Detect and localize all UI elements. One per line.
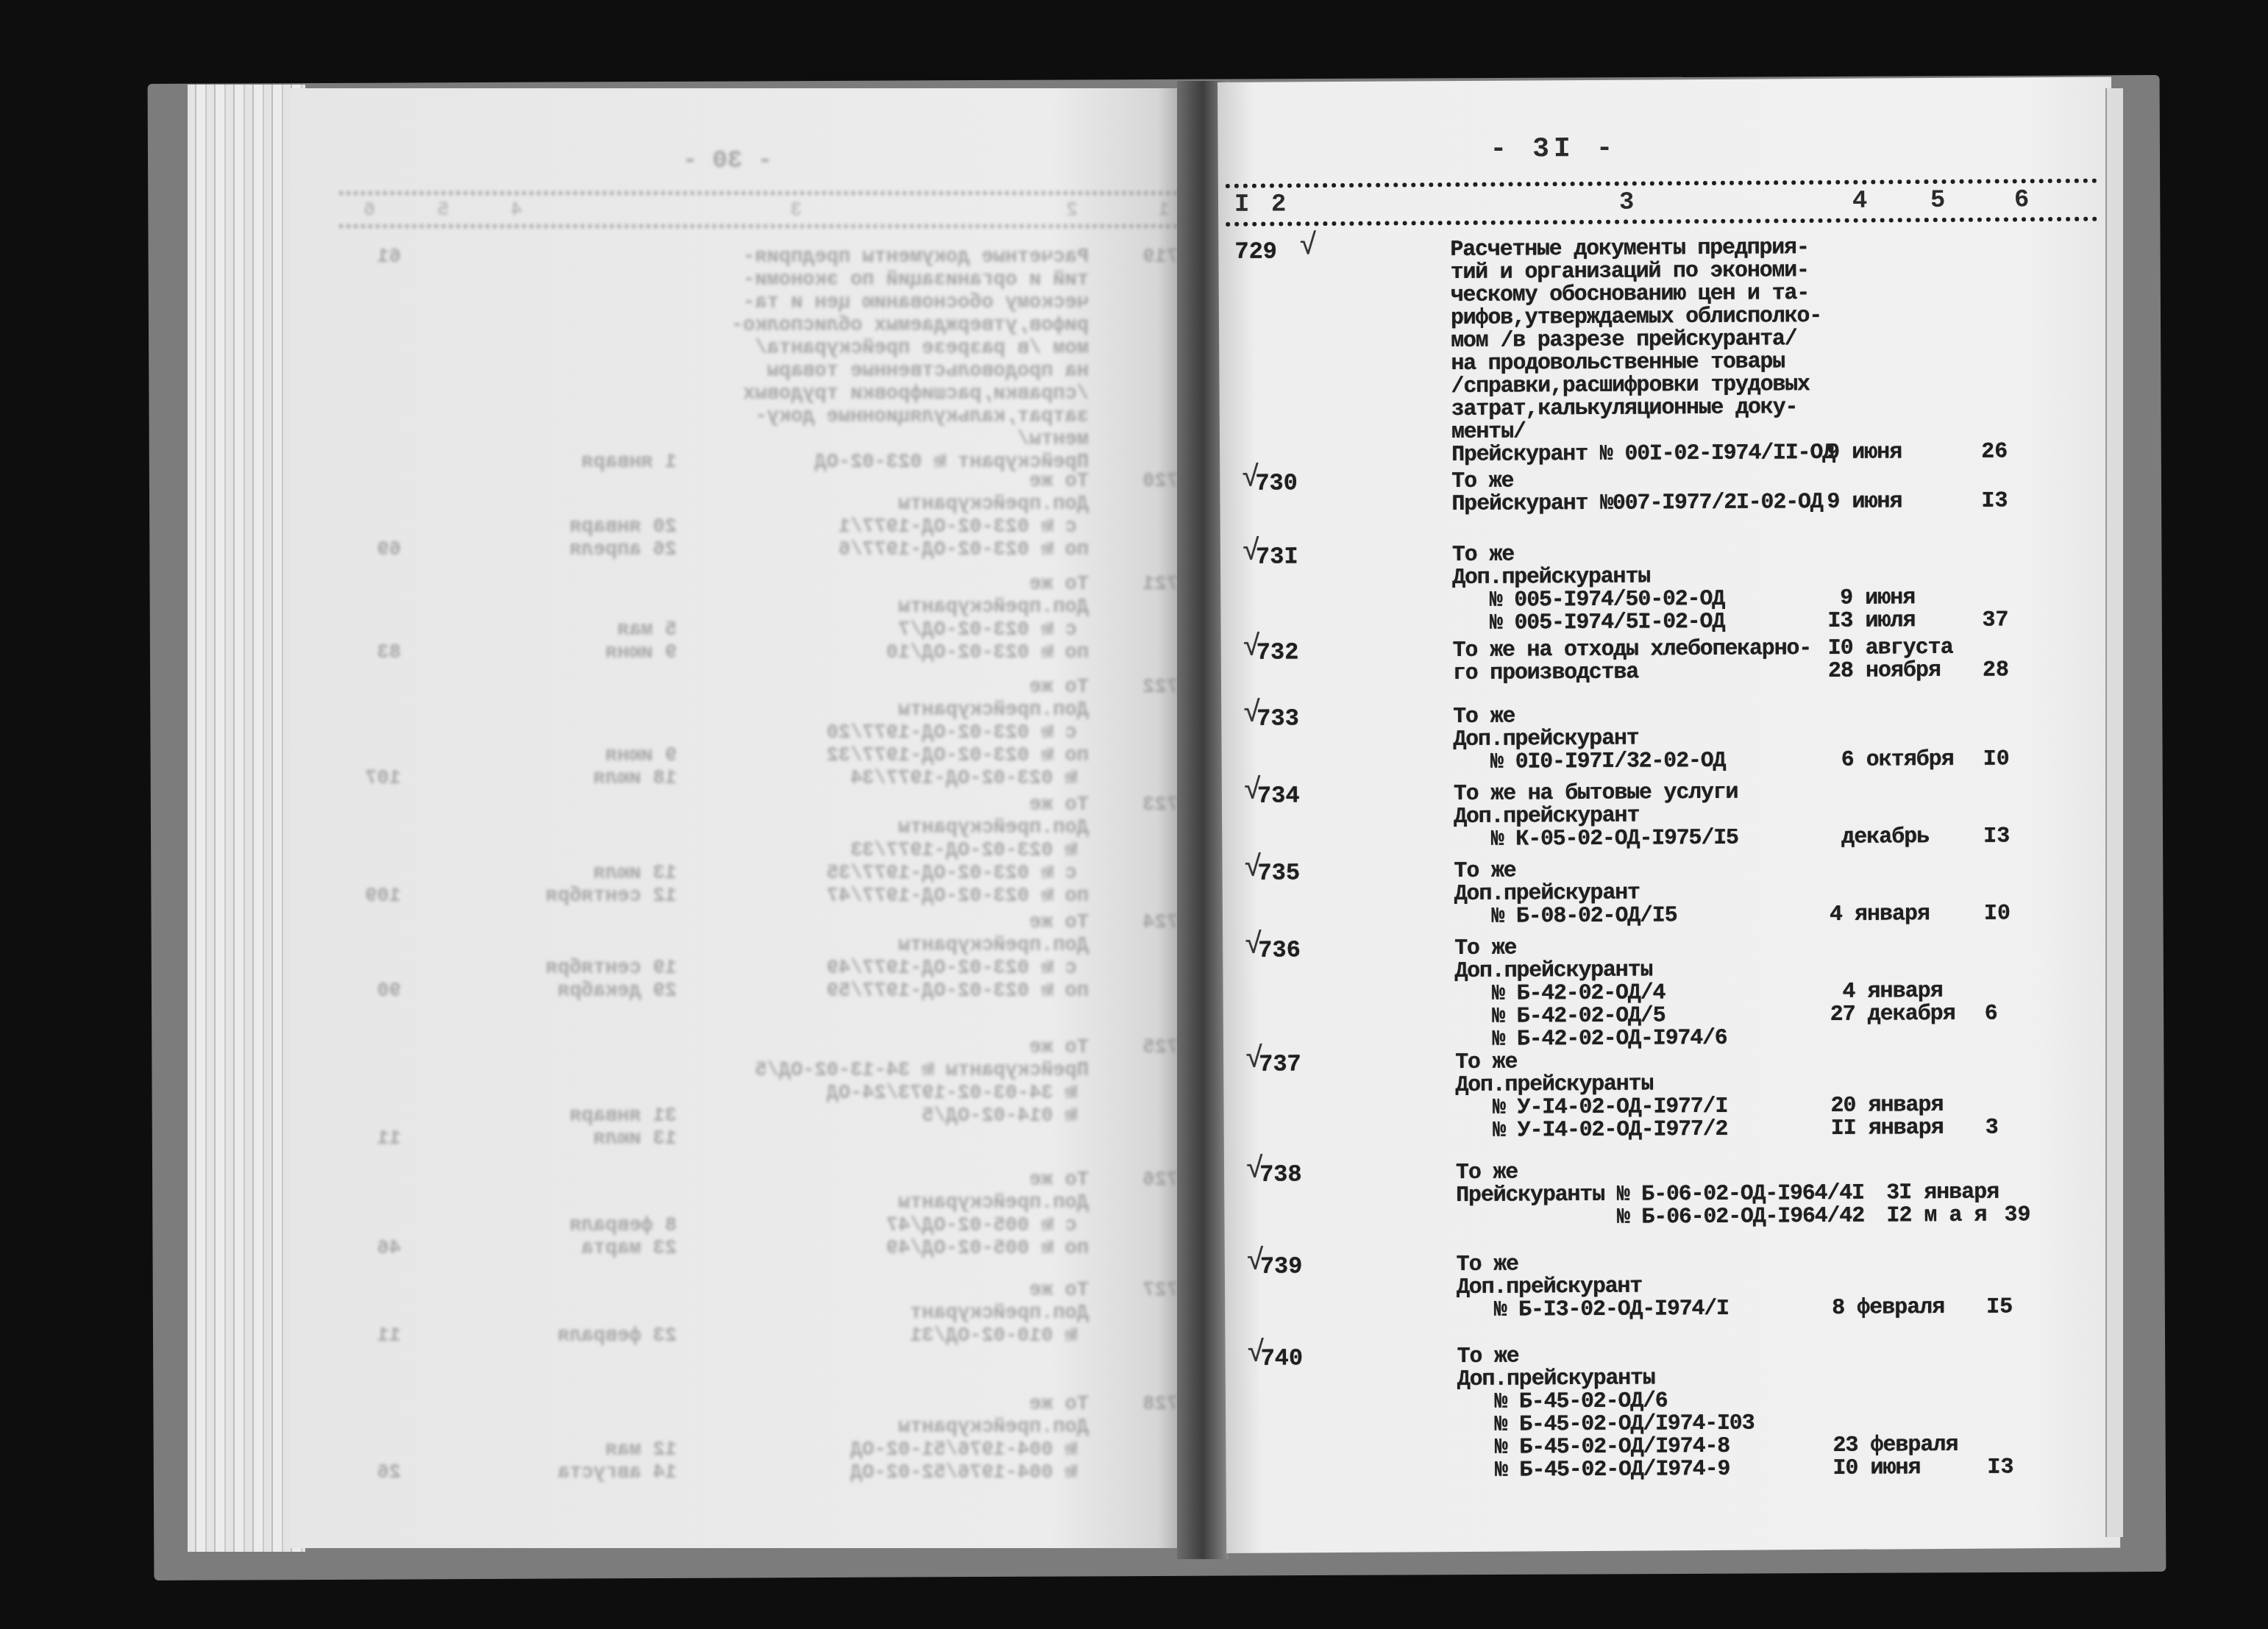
entry-description: То же Прейскуранты № 34-13-02-ОД/5 № 34-…	[755, 1037, 1089, 1128]
entry-sheet-count: I3	[1986, 1342, 2013, 1479]
left-page-show-through: - 30 - 1 2 3 4 5 6 719Расчетные документ…	[291, 88, 1184, 1548]
entry-description: То же Доп.прейскурант № Б-08-02-ОД/I5	[1454, 859, 1677, 929]
col-header: 4	[511, 199, 522, 221]
header-rule-top	[338, 191, 1184, 195]
entry-description: То же Доп.прейскуранты № У-I4-02-ОД-I977…	[1455, 1050, 1727, 1143]
entry-sheet-count: 69	[377, 471, 401, 562]
header-rule-top	[1226, 179, 2097, 188]
entry-description: То же Доп.прейскурант № 010-02-ОД/31	[910, 1280, 1089, 1348]
entry-number: 727	[1142, 1280, 1179, 1302]
entry-sheet-count: 11	[377, 1280, 401, 1348]
col-header-6: 6	[2014, 186, 2030, 214]
col-header-2: 2	[1271, 190, 1287, 218]
col-header: 1	[1158, 199, 1170, 221]
entry-number: 736	[1258, 938, 1301, 961]
entry-sheet-count: 28	[1983, 636, 2009, 682]
entry-sheet-count: 83	[377, 574, 401, 665]
page-edges-right	[2105, 88, 2123, 1537]
entry-date: декабрь	[1829, 780, 1930, 849]
table-row: √73IТо же Доп.прейскуранты № 005-I974/50…	[1220, 541, 2114, 546]
entry-sheet-count: 107	[365, 677, 401, 791]
entry-date: 8 февраля 23 марта	[569, 1169, 677, 1261]
entry-description: То же Доп.прейскуранты № Б-45-02-ОД/6 № …	[1457, 1344, 1755, 1483]
entry-date: 9 июня	[1827, 468, 1902, 514]
entry-number: 723	[1142, 794, 1179, 817]
entry-description: То же на отходы хлебопекарно- го произво…	[1453, 638, 1812, 685]
left-page: - 30 - 1 2 3 4 5 6 719Расчетные документ…	[291, 88, 1184, 1548]
entry-number: 740	[1261, 1347, 1304, 1369]
entry-sheet-count: 37	[1982, 541, 2009, 632]
entry-number: 719	[1142, 246, 1179, 269]
entry-sheet-count: 6	[1984, 935, 1998, 1026]
right-page: - 3I - I 2 3 4 5 6 √729Расчетные докумен…	[1217, 77, 2120, 1553]
entry-date: I0 августа 28 ноября	[1828, 637, 1953, 683]
entry-sheet-count: 39	[2004, 1158, 2031, 1227]
entry-date: 31 января 13 июля	[569, 1037, 677, 1151]
entry-sheet-count: 90	[377, 912, 401, 1003]
col-header-5: 5	[1930, 187, 1946, 215]
entry-description: То же Доп.прейскуранты с № 023-02-ОД/7 п…	[886, 574, 1089, 665]
entry-description: То же Доп.прейскуранты № 023-02-ОД-1977/…	[827, 794, 1089, 908]
entry-date: 6 октября	[1828, 703, 1954, 772]
entry-number: 721	[1142, 574, 1179, 596]
entry-number: 733	[1256, 707, 1299, 730]
page-edges-left	[188, 85, 305, 1552]
table-row: √738То же Прейскуранты № Б-06-02-ОД-I964…	[1224, 1158, 2118, 1163]
entry-description: То же Доп.прейскурант № Б-I3-02-ОД-I974/…	[1457, 1252, 1729, 1322]
entry-date: 3I января I2 м а я	[1886, 1159, 1999, 1228]
col-header: 6	[363, 199, 375, 221]
entry-number: 735	[1257, 861, 1300, 884]
entry-number: 739	[1260, 1255, 1303, 1277]
entry-description: Расчетные документы предприя- тий и орга…	[1450, 237, 1835, 467]
entry-sheet-count: I3	[1981, 467, 2008, 513]
entry-description: То же Доп.прейскуранты с № 023-02-ОД-197…	[839, 471, 1089, 562]
entry-description: То же на бытовые услуги Доп.прейскурант …	[1454, 782, 1738, 852]
table-row: √740То же Доп.прейскуранты № Б-45-02-ОД/…	[1226, 1342, 2119, 1347]
entry-description: Расчетные документы предприя- тий и орга…	[731, 246, 1089, 474]
entry-date: 20 января 26 апреля	[569, 471, 677, 562]
entry-date: 9 июня I3 июля	[1827, 541, 1916, 633]
entry-number: 726	[1142, 1169, 1179, 1192]
entry-sheet-count: 3	[1985, 1049, 1999, 1140]
entry-date: 20 января II января	[1830, 1049, 1944, 1141]
entry-date: 23 февраля	[558, 1280, 677, 1348]
table-row: √730То же Прейскурант №007-I977/2I-02-ОД…	[1220, 467, 2114, 472]
entry-description: То же Доп.прейскуранты № Б-42-02-ОД/4 № …	[1454, 936, 1727, 1052]
entry-sheet-count: I0	[1983, 857, 2011, 925]
col-header-4: 4	[1852, 188, 1868, 215]
entry-number: 720	[1142, 471, 1179, 493]
col-header: 5	[437, 199, 449, 221]
entry-sheet-count: I3	[1983, 780, 2011, 848]
entry-number: 732	[1256, 641, 1299, 663]
left-page-number: - 30 -	[683, 147, 772, 175]
entry-number: 734	[1257, 784, 1300, 807]
entry-number: 729	[1234, 240, 1277, 263]
entry-date: 4 января	[1829, 858, 1930, 927]
entry-date: 8 февраля	[1832, 1251, 1945, 1320]
entry-number: 738	[1259, 1163, 1302, 1186]
entry-date: 13 июля 12 сентября	[546, 794, 677, 908]
entry-sheet-count: 61	[377, 246, 401, 269]
entry-date: 23 февраля I0 июня	[1832, 1343, 1958, 1480]
header-rule-bottom	[1226, 217, 2097, 227]
table-row: √734То же на бытовые услуги Доп.прейскур…	[1222, 780, 2116, 785]
entry-description: То же Доп.прейскуранты с № 005-02-ОД/47 …	[886, 1169, 1089, 1261]
right-page-number: - 3I -	[1490, 133, 1617, 165]
entry-sheet-count: 46	[377, 1169, 401, 1261]
entry-description: То же Прейскурант №007-I977/2I-02-ОД	[1451, 468, 1822, 516]
entry-sheet-count: 11	[377, 1037, 401, 1151]
entry-sheet-count: I5	[1986, 1250, 2013, 1319]
entry-number: 73I	[1256, 545, 1298, 568]
entry-number: 722	[1142, 677, 1179, 699]
entry-description: То же Доп.прейскуранты с № 023-02-ОД-197…	[827, 912, 1089, 1003]
entry-number: 730	[1255, 471, 1298, 494]
table-row: √732То же на отходы хлебопекарно- го про…	[1221, 636, 2115, 641]
entry-date: 4 января 27 декабря	[1830, 935, 1955, 1027]
col-header-3: 3	[1619, 189, 1635, 217]
entry-date: 5 мая 9 июня	[605, 574, 677, 665]
col-header-1: I	[1234, 191, 1250, 219]
entry-number: 724	[1142, 912, 1179, 935]
table-row: √733То же Доп.прейскурант № 0I0-I97I/32-…	[1221, 702, 2115, 707]
entry-date: 9 июня 18 июля	[594, 677, 677, 791]
entry-sheet-count: 26	[377, 1394, 401, 1485]
entry-sheet-count: 109	[365, 794, 401, 908]
entry-date: 1 января	[581, 246, 677, 474]
table-row: √735То же Доп.прейскурант № Б-08-02-ОД/I…	[1222, 857, 2116, 862]
entry-description: То же Доп.прейскурант № 0I0-I97I/32-02-О…	[1453, 705, 1725, 774]
check-mark-icon: √	[1299, 235, 1317, 258]
entry-date: 9 июня	[1825, 236, 1902, 465]
entry-number: 728	[1142, 1394, 1179, 1416]
table-row: √736То же Доп.прейскуранты № Б-42-02-ОД/…	[1223, 934, 2116, 939]
entry-date: 12 мая 14 августа	[558, 1394, 677, 1485]
entry-description: То же Доп.прейскуранты № 005-I974/50-02-…	[1452, 543, 1724, 635]
entry-number: 725	[1142, 1037, 1179, 1060]
entry-sheet-count: I0	[1983, 702, 2010, 771]
entry-description: То же Доп.прейскуранты № 004-1976/51-02-…	[850, 1394, 1089, 1485]
entry-number: 737	[1259, 1052, 1301, 1075]
header-rule-bottom	[338, 224, 1184, 228]
col-header: 2	[1066, 199, 1078, 221]
table-row: √739То же Доп.прейскурант № Б-I3-02-ОД-I…	[1225, 1250, 2119, 1255]
entry-sheet-count: 26	[1980, 235, 2008, 463]
table-row: √729Расчетные документы предприя- тий и …	[1218, 235, 2112, 240]
col-header: 3	[790, 199, 802, 221]
entry-description: То же Прейскуранты № Б-06-02-ОД-I964/4I …	[1456, 1160, 1864, 1230]
entry-description: То же Доп.прейскуранты с № 023-02-ОД-197…	[827, 677, 1089, 791]
entry-date: 19 сентября 29 декабря	[546, 912, 677, 1003]
